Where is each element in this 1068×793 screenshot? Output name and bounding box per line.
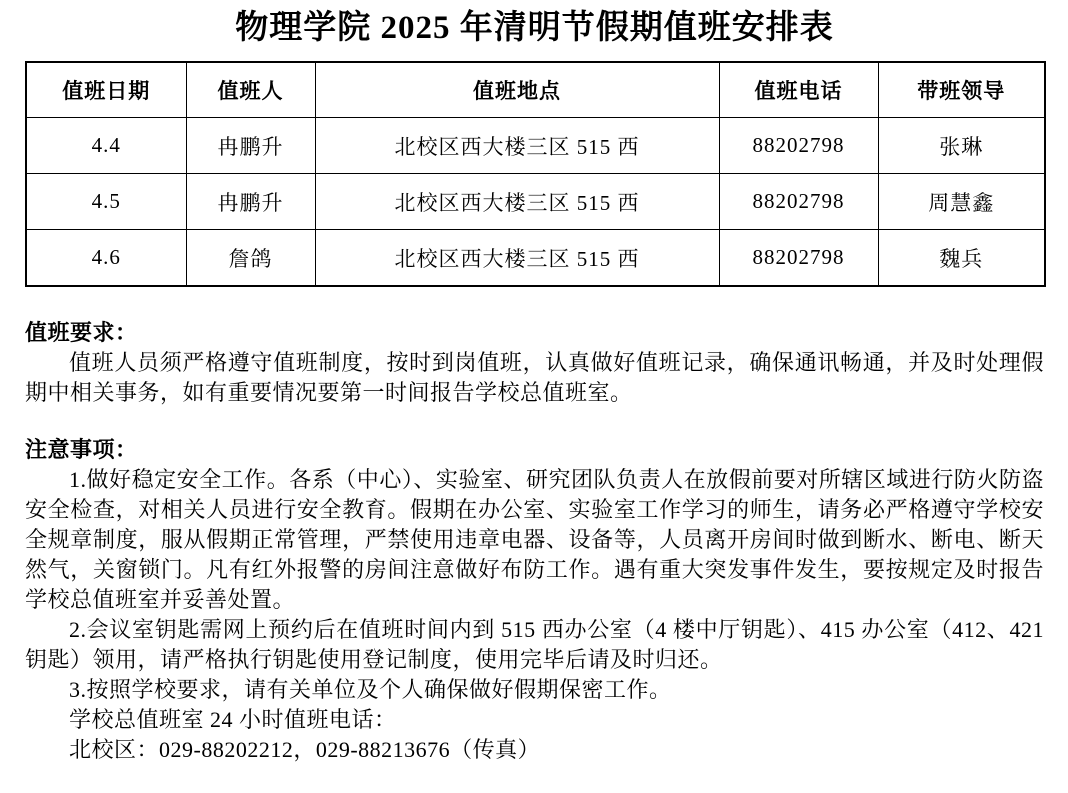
- col-header-duty-leader: 带班领导: [878, 62, 1045, 118]
- table-row: 4.6 詹鸽 北校区西大楼三区 515 西 88202798 魏兵: [26, 230, 1045, 287]
- cell-duty-phone: 88202798: [719, 174, 878, 230]
- cell-duty-location: 北校区西大楼三区 515 西: [315, 230, 719, 287]
- duty-requirements-heading: 值班要求：: [25, 318, 1044, 348]
- cell-duty-leader: 魏兵: [878, 230, 1045, 287]
- note-item-3: 3.按照学校要求，请有关单位及个人确保做好假期保密工作。: [25, 675, 1044, 705]
- cell-duty-phone: 88202798: [719, 118, 878, 174]
- cell-duty-person: 冉鹏升: [186, 118, 315, 174]
- col-header-duty-phone: 值班电话: [719, 62, 878, 118]
- note-item-2: 2.会议室钥匙需网上预约后在值班时间内到 515 西办公室（4 楼中厅钥匙）、4…: [25, 615, 1044, 675]
- cell-duty-date: 4.6: [26, 230, 186, 287]
- cell-duty-date: 4.4: [26, 118, 186, 174]
- duty-roster-table: 值班日期 值班人 值班地点 值班电话 带班领导 4.4 冉鹏升 北校区西大楼三区…: [25, 61, 1046, 287]
- duty-requirements-section: 值班要求： 值班人员须严格遵守值班制度，按时到岗值班，认真做好值班记录，确保通讯…: [25, 318, 1044, 408]
- cell-duty-location: 北校区西大楼三区 515 西: [315, 174, 719, 230]
- cell-duty-leader: 张琳: [878, 118, 1045, 174]
- page-title: 物理学院 2025 年清明节假期值班安排表: [25, 6, 1044, 50]
- col-header-duty-date: 值班日期: [26, 62, 186, 118]
- cell-duty-person: 詹鸽: [186, 230, 315, 287]
- cell-duty-person: 冉鹏升: [186, 174, 315, 230]
- table-header-row: 值班日期 值班人 值班地点 值班电话 带班领导: [26, 62, 1045, 118]
- table-row: 4.4 冉鹏升 北校区西大楼三区 515 西 88202798 张琳: [26, 118, 1045, 174]
- notes-heading: 注意事项：: [25, 435, 1044, 465]
- document-page: 物理学院 2025 年清明节假期值班安排表 值班日期 值班人 值班地点 值班电话…: [0, 0, 1068, 793]
- cell-duty-phone: 88202798: [719, 230, 878, 287]
- note-item-1: 1.做好稳定安全工作。各系（中心）、实验室、研究团队负责人在放假前要对所辖区域进…: [25, 465, 1044, 615]
- col-header-duty-location: 值班地点: [315, 62, 719, 118]
- cell-duty-date: 4.5: [26, 174, 186, 230]
- notes-section: 注意事项： 1.做好稳定安全工作。各系（中心）、实验室、研究团队负责人在放假前要…: [25, 435, 1044, 765]
- hotline-numbers: 北校区：029-88202212，029-88213676（传真）: [25, 735, 1044, 765]
- cell-duty-leader: 周慧鑫: [878, 174, 1045, 230]
- duty-requirements-paragraph: 值班人员须严格遵守值班制度，按时到岗值班，认真做好值班记录，确保通讯畅通，并及时…: [25, 348, 1044, 408]
- col-header-duty-person: 值班人: [186, 62, 315, 118]
- table-row: 4.5 冉鹏升 北校区西大楼三区 515 西 88202798 周慧鑫: [26, 174, 1045, 230]
- cell-duty-location: 北校区西大楼三区 515 西: [315, 118, 719, 174]
- hotline-label: 学校总值班室 24 小时值班电话：: [25, 705, 1044, 735]
